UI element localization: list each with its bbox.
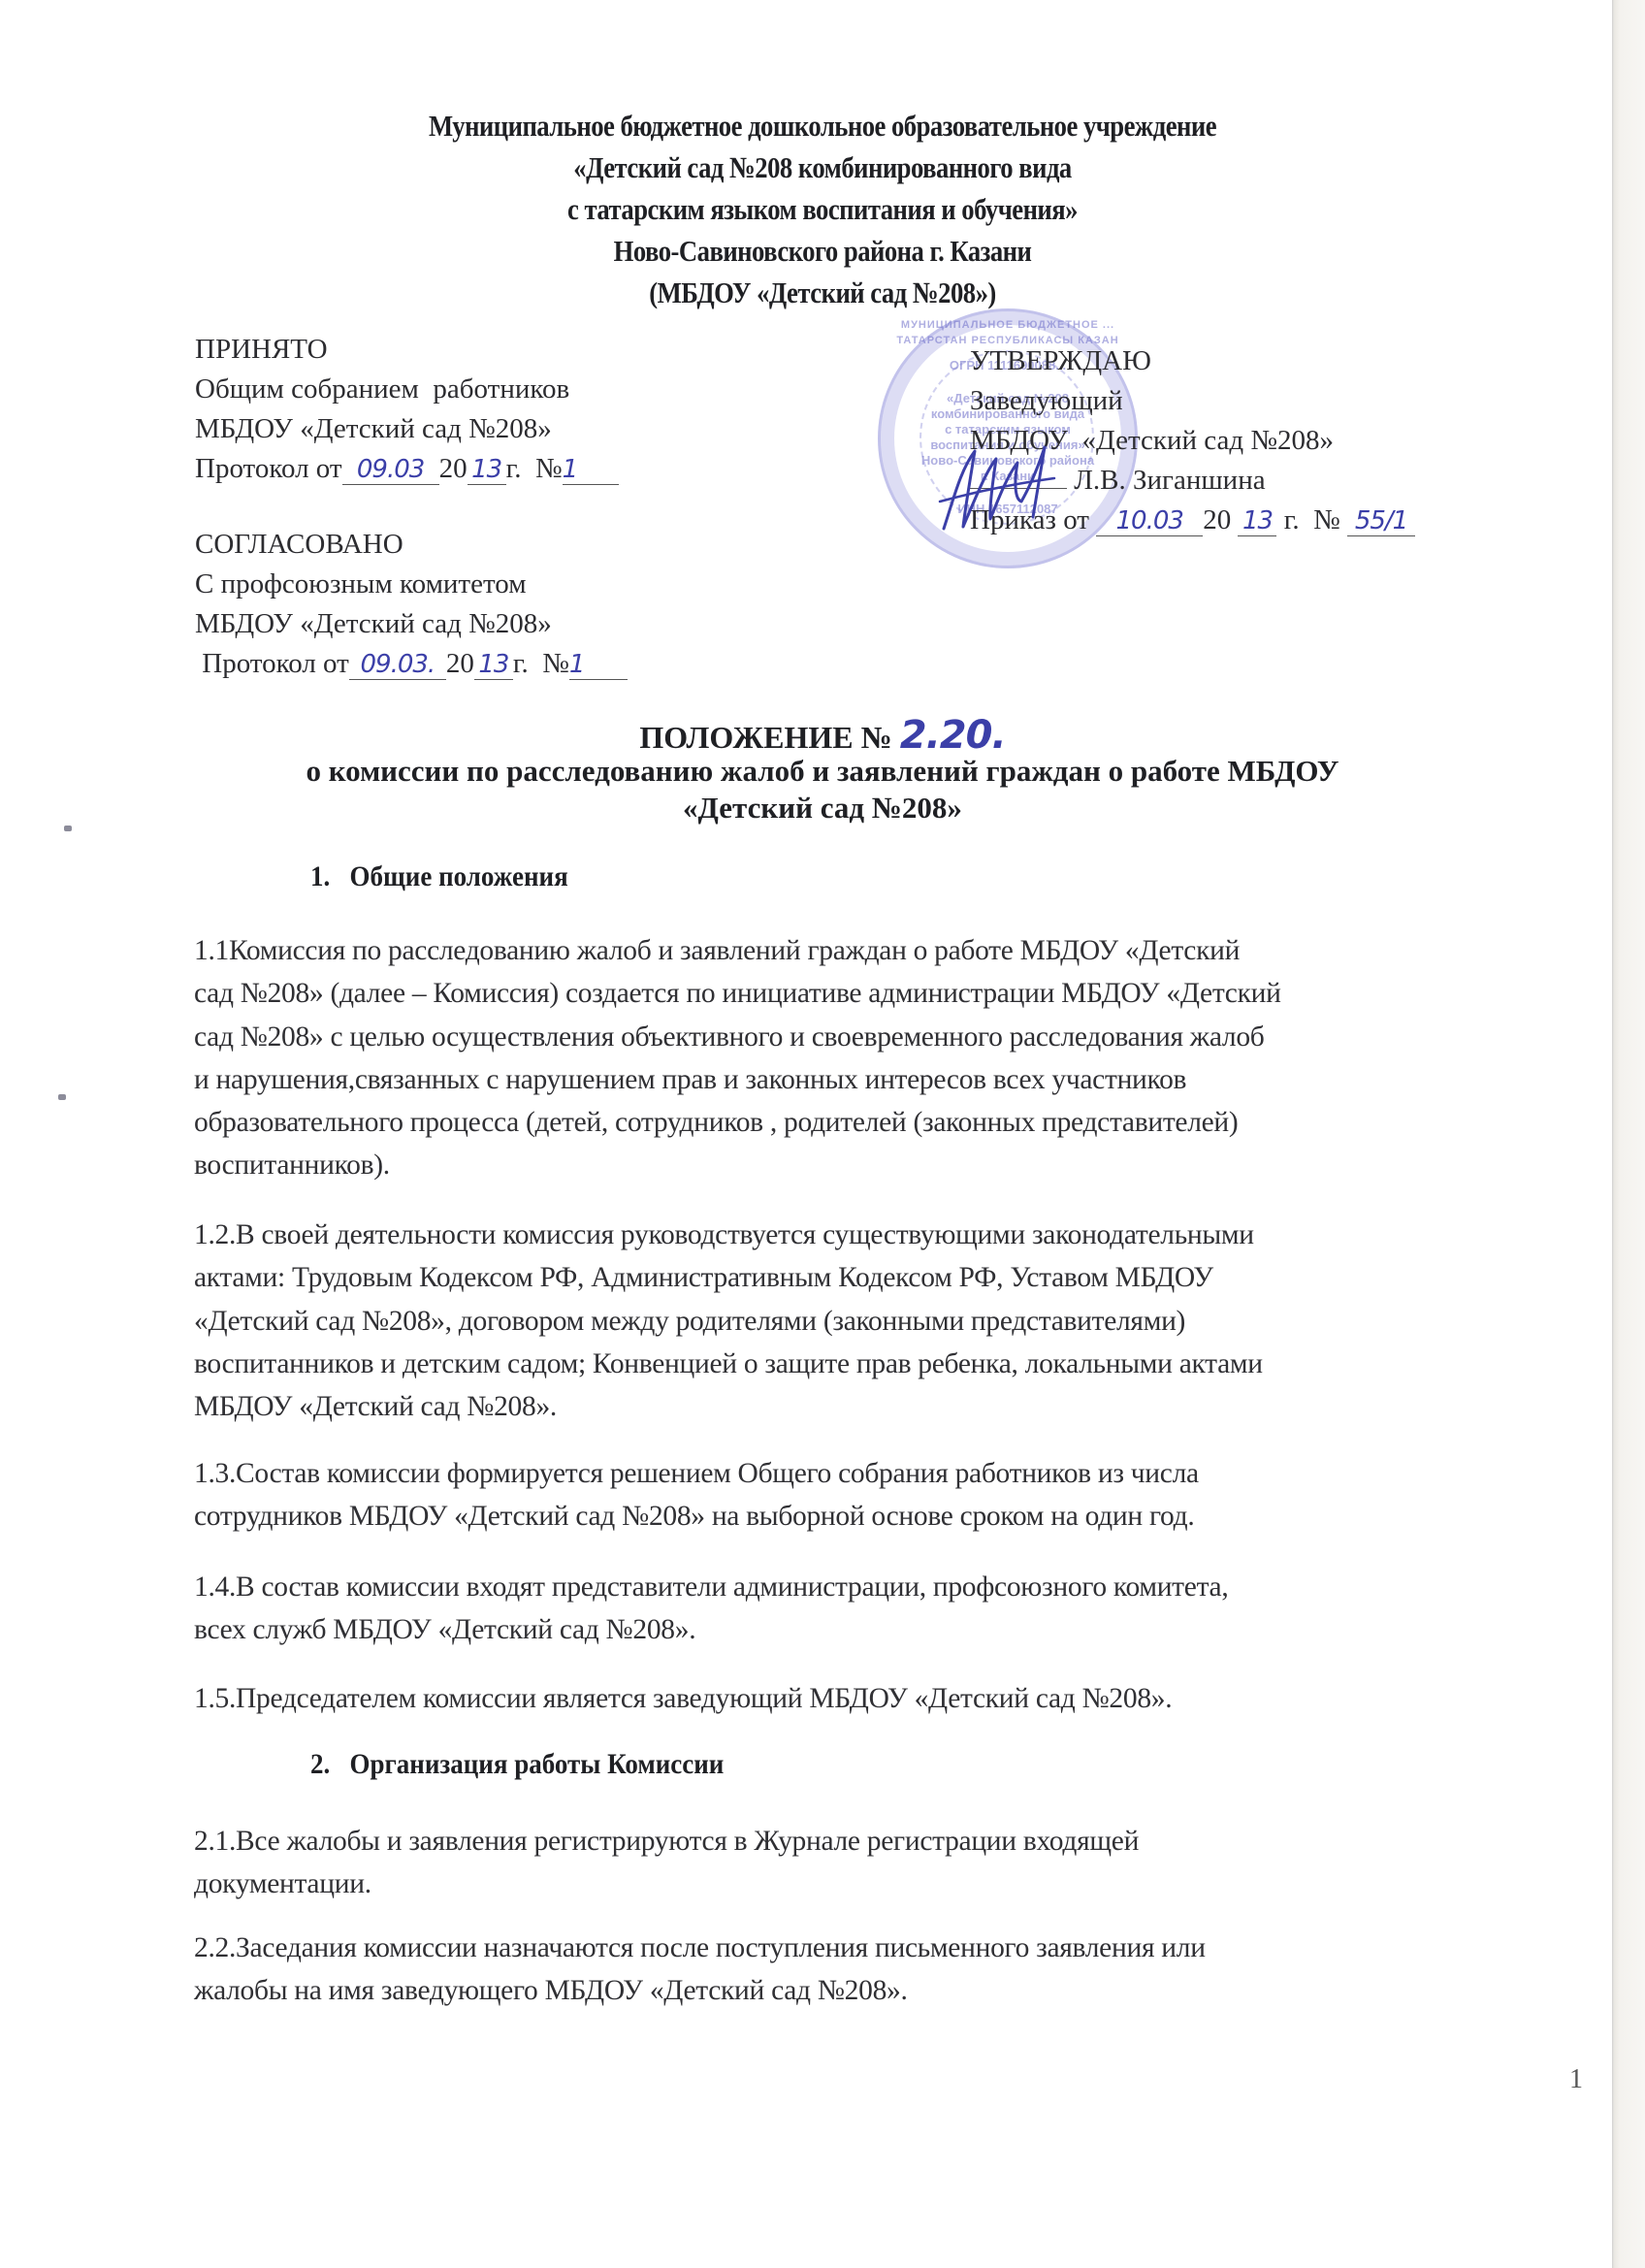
header-line: Ново-Савиновского района г. Казани	[115, 234, 1531, 269]
document-title: ПОЛОЖЕНИЕ № 2.20.	[0, 713, 1645, 758]
accepted-line2: МБДОУ «Детский сад №208»	[195, 409, 619, 449]
paragraph-line: жалобы на имя заведующего МБДОУ «Детский…	[194, 1969, 1474, 2012]
paragraph-1-5: 1.5.Председателем комиссии является заве…	[194, 1677, 1474, 1720]
handwritten-year: 13	[471, 455, 501, 484]
paragraph-line: актами: Трудовым Кодексом РФ, Администра…	[194, 1256, 1474, 1299]
handwritten-number: 1	[563, 455, 578, 484]
number-sign: №	[542, 648, 569, 679]
year-suffix: г.	[506, 453, 522, 484]
paragraph-line: сад №208» с целью осуществления объектив…	[194, 1016, 1474, 1058]
paragraph-line: 2.2.Заседания комиссии назначаются после…	[194, 1927, 1474, 1969]
protocol-label: Протокол от	[202, 648, 349, 679]
scan-mark	[58, 1094, 66, 1100]
paragraph-line: и нарушения,связанных с нарушением прав …	[194, 1058, 1474, 1101]
paragraph-line: воспитанников).	[194, 1144, 1474, 1186]
handwritten-number: 55/1	[1355, 506, 1407, 535]
handwritten-year: 13	[478, 650, 508, 679]
section-heading-1: 1. Общие положения	[310, 860, 568, 893]
paragraph-1-1: 1.1Комиссия по расследованию жалоб и зая…	[194, 929, 1474, 1187]
protocol-label: Протокол от	[195, 453, 342, 484]
scanner-edge	[1612, 0, 1645, 2268]
paragraph-line: документации.	[194, 1863, 1474, 1905]
paragraph-line: воспитанников и детским садом; Конвенцие…	[194, 1343, 1474, 1385]
handwritten-date: 09.03	[357, 455, 424, 484]
handwritten-date: 09.03.	[361, 650, 435, 679]
accepted-line1: Общим собранием работников	[195, 370, 619, 409]
paragraph-1-2: 1.2.В своей деятельности комиссия руково…	[194, 1214, 1474, 1428]
section-number: 2.	[310, 1748, 330, 1780]
header-line: Муниципальное бюджетное дошкольное образ…	[115, 109, 1531, 144]
accepted-protocol: Протокол от09.032013г. №1	[195, 449, 619, 489]
paragraph-line: 1.2.В своей деятельности комиссия руково…	[194, 1214, 1474, 1256]
handwritten-regulation-number: 2.20.	[900, 713, 1006, 758]
header-line: (МБДОУ «Детский сад №208»)	[115, 275, 1531, 310]
paragraph-line: 2.1.Все жалобы и заявления регистрируютс…	[194, 1820, 1474, 1863]
approved-line1: Заведующий	[970, 381, 1415, 421]
approved-heading: УТВЕРЖДАЮ	[970, 341, 1415, 381]
protocol-number-field: 1	[569, 649, 628, 680]
paragraph-line: 1.4.В состав комиссии входят представите…	[194, 1566, 1474, 1608]
paragraph-2-1: 2.1.Все жалобы и заявления регистрируютс…	[194, 1820, 1474, 1906]
protocol-date-field: 09.03	[342, 454, 439, 485]
paragraph-line: сотрудников МБДОУ «Детский сад №208» на …	[194, 1495, 1474, 1538]
section-title: Общие положения	[350, 860, 568, 892]
order-date-field: 10.03	[1096, 505, 1203, 536]
paragraph-line: всех служб МБДОУ «Детский сад №208».	[194, 1608, 1474, 1651]
year-prefix: 20	[1203, 504, 1231, 535]
order-number-field: 55/1	[1347, 505, 1415, 536]
document-subtitle-line2: «Детский сад №208»	[0, 791, 1645, 826]
agreed-heading: СОГЛАСОВАНО	[195, 525, 628, 565]
accepted-heading: ПРИНЯТО	[195, 330, 619, 370]
paragraph-line: «Детский сад №208», договором между роди…	[194, 1300, 1474, 1343]
protocol-number-field: 1	[563, 454, 619, 485]
handwritten-year: 13	[1242, 506, 1273, 535]
header-line: «Детский сад №208 комбинированного вида	[115, 150, 1531, 185]
title-prefix: ПОЛОЖЕНИЕ №	[639, 720, 891, 755]
paragraph-line: 1.5.Председателем комиссии является заве…	[194, 1677, 1474, 1720]
agreed-protocol: Протокол от09.03.2013г. №1	[195, 644, 628, 684]
paragraph-2-2: 2.2.Заседания комиссии назначаются после…	[194, 1927, 1474, 2013]
section-number: 1.	[310, 860, 330, 892]
protocol-year-field: 13	[474, 649, 513, 680]
signatory-name: Л.В. Зиганшина	[1074, 465, 1265, 496]
order-year-field: 13	[1238, 505, 1276, 536]
page-number: 1	[1569, 2064, 1583, 2095]
paragraph-line: 1.3.Состав комиссии формируется решением…	[194, 1452, 1474, 1495]
paragraph-line: сад №208» (далее – Комиссия) создается п…	[194, 972, 1474, 1015]
year-suffix: г.	[513, 648, 529, 679]
section-title: Организация работы Комиссии	[350, 1748, 725, 1780]
year-prefix: 20	[439, 453, 468, 484]
handwritten-number: 1	[569, 650, 585, 679]
signature-icon	[936, 441, 1062, 534]
agreed-line2: МБДОУ «Детский сад №208»	[195, 604, 628, 644]
document-subtitle-line1: о комиссии по расследованию жалоб и заяв…	[0, 754, 1645, 789]
number-sign: №	[1313, 504, 1340, 535]
scan-mark	[64, 826, 72, 831]
year-suffix: г.	[1284, 504, 1300, 535]
paragraph-1-4: 1.4.В состав комиссии входят представите…	[194, 1566, 1474, 1652]
paragraph-line: образовательного процесса (детей, сотруд…	[194, 1101, 1474, 1144]
section-heading-2: 2. Организация работы Комиссии	[310, 1748, 724, 1781]
agreed-line1: С профсоюзным комитетом	[195, 565, 628, 604]
protocol-year-field: 13	[468, 454, 506, 485]
year-prefix: 20	[446, 648, 474, 679]
number-sign: №	[535, 453, 563, 484]
paragraph-line: 1.1Комиссия по расследованию жалоб и зая…	[194, 929, 1474, 972]
paragraph-1-3: 1.3.Состав комиссии формируется решением…	[194, 1452, 1474, 1539]
protocol-date-field: 09.03.	[349, 649, 446, 680]
header-line: с татарским языком воспитания и обучения…	[115, 192, 1531, 227]
paragraph-line: МБДОУ «Детский сад №208».	[194, 1385, 1474, 1428]
agreed-block: СОГЛАСОВАНО С профсоюзным комитетом МБДО…	[195, 525, 628, 684]
accepted-block: ПРИНЯТО Общим собранием работников МБДОУ…	[195, 330, 619, 489]
handwritten-date: 10.03	[1116, 506, 1183, 535]
